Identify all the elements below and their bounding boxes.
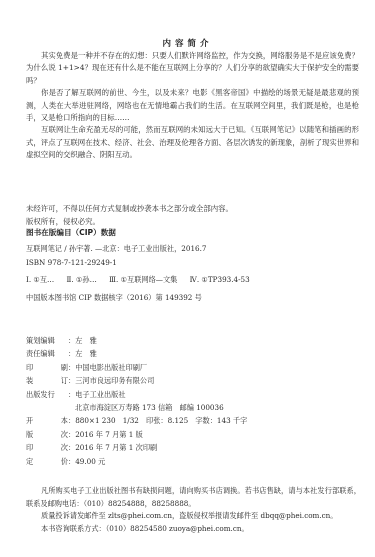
notice-line: 未经许可，不得以任何方式复制或抄袭本书之部分或全部内容。 [26, 202, 233, 215]
copyright-notice: 未经许可，不得以任何方式复制或抄袭本书之部分或全部内容。 版权所有，侵权必究。 [26, 202, 233, 228]
cip-title-line: 互联网笔记 / 孙宇著. —北京：电子工业出版社，2016.7 [26, 242, 260, 256]
cip-class-item: Ⅳ. ①TP393.4-53 [190, 275, 250, 284]
credit-row: 装订：三河市良远印务有限公司 [26, 374, 247, 387]
footer-paragraph: 凡所购买电子工业出版社图书有缺损问题，请向购买书店调换。若书店售缺，请与本社发行… [26, 485, 361, 510]
credit-label: 印次 [26, 441, 68, 454]
credit-value: 49.00 元 [75, 455, 105, 468]
credit-row: 出版发行：电子工业出版社 [26, 388, 247, 401]
footer-paragraph: 本书咨询联系方式：（010）88254580 zuoya@phei.com.cn… [26, 523, 361, 536]
footer-section: 凡所购买电子工业出版社图书有缺损问题，请向购买书店调换。若书店售缺，请与本社发行… [26, 485, 361, 535]
credit-label: 责任编辑 [26, 347, 68, 360]
credit-value: 中国电影出版社印刷厂 [75, 361, 147, 374]
cip-class-item: Ⅰ. ①互… [26, 275, 54, 284]
credit-label: 定价 [26, 455, 68, 468]
cip-classification: Ⅰ. ①互… Ⅱ. ①孙… Ⅲ. ①互联网络—文集 Ⅳ. ①TP393.4-53 [26, 273, 260, 287]
intro-section: 其实免费是一种并不存在的幻想：只要人们默许网络监控，作为交换，网络服务是不是应该… [26, 50, 359, 162]
publisher-address: 北京市海淀区万寿路 173 信箱 邮编 100036 [68, 401, 224, 414]
credit-row: 策划编辑：左 雅 [26, 334, 247, 347]
copyright-page: 内容简介 其实免费是一种并不存在的幻想：只要人们默许网络监控，作为交换，网络服务… [0, 0, 375, 557]
cip-isbn: ISBN 978-7-121-29249-1 [26, 256, 260, 270]
credit-value: 左 雅 [75, 334, 97, 347]
credit-value: 三河市良远印务有限公司 [75, 374, 154, 387]
credit-label: 装订 [26, 374, 68, 387]
credit-row: 定价：49.00 元 [26, 455, 247, 468]
credit-value: 2016 年 7 月第 1 次印刷 [75, 441, 157, 454]
cip-data: 互联网笔记 / 孙宇著. —北京：电子工业出版社，2016.7 ISBN 978… [26, 242, 260, 304]
credit-label: 印刷 [26, 361, 68, 374]
page-title: 内容简介 [0, 37, 375, 49]
cip-class-item: Ⅲ. ①互联网络—文集 [109, 275, 177, 284]
intro-paragraph: 你是否了解互联网的前世、今生，以及未来？电影《黑客帝国》中描绘的场景无疑是最悲观… [26, 87, 359, 124]
credits-section: 策划编辑：左 雅 责任编辑：左 雅 印刷：中国电影出版社印刷厂 装订：三河市良远… [26, 334, 247, 468]
credit-value: 电子工业出版社 [75, 388, 125, 401]
credit-row: 印刷：中国电影出版社印刷厂 [26, 361, 247, 374]
credit-value: 880×1 230 1/32 印张：8.125 字数：143 千字 [75, 414, 247, 427]
cip-class-item: Ⅱ. ①孙… [67, 275, 97, 284]
credit-row: 北京市海淀区万寿路 173 信箱 邮编 100036 [26, 401, 247, 414]
intro-paragraph: 互联网让生命充盈无尽的可能，然而互联网的未知远大于已知。《互联网笔记》以随笔和插… [26, 124, 359, 161]
credit-row: 印次：2016 年 7 月第 1 次印刷 [26, 441, 247, 454]
credit-row: 责任编辑：左 雅 [26, 347, 247, 360]
intro-paragraph: 其实免费是一种并不存在的幻想：只要人们默许网络监控，作为交换，网络服务是不是应该… [26, 50, 359, 87]
credit-row: 开本：880×1 230 1/32 印张：8.125 字数：143 千字 [26, 414, 247, 427]
credit-label: 策划编辑 [26, 334, 68, 347]
credit-row: 版次：2016 年 7 月第 1 版 [26, 428, 247, 441]
credit-value: 左 雅 [75, 347, 97, 360]
cip-record: 中国版本图书馆 CIP 数据核字（2016）第 149392 号 [26, 291, 260, 305]
cip-heading: 图书在版编目（CIP）数据 [26, 227, 116, 238]
credit-value: 2016 年 7 月第 1 版 [75, 428, 143, 441]
credit-label: 开本 [26, 414, 68, 427]
footer-paragraph: 质量投诉请发邮件至 zlts@phei.com.cn，盗版侵权举报请发邮件至 d… [26, 510, 361, 523]
credit-label: 出版发行 [26, 388, 68, 401]
credit-label: 版次 [26, 428, 68, 441]
